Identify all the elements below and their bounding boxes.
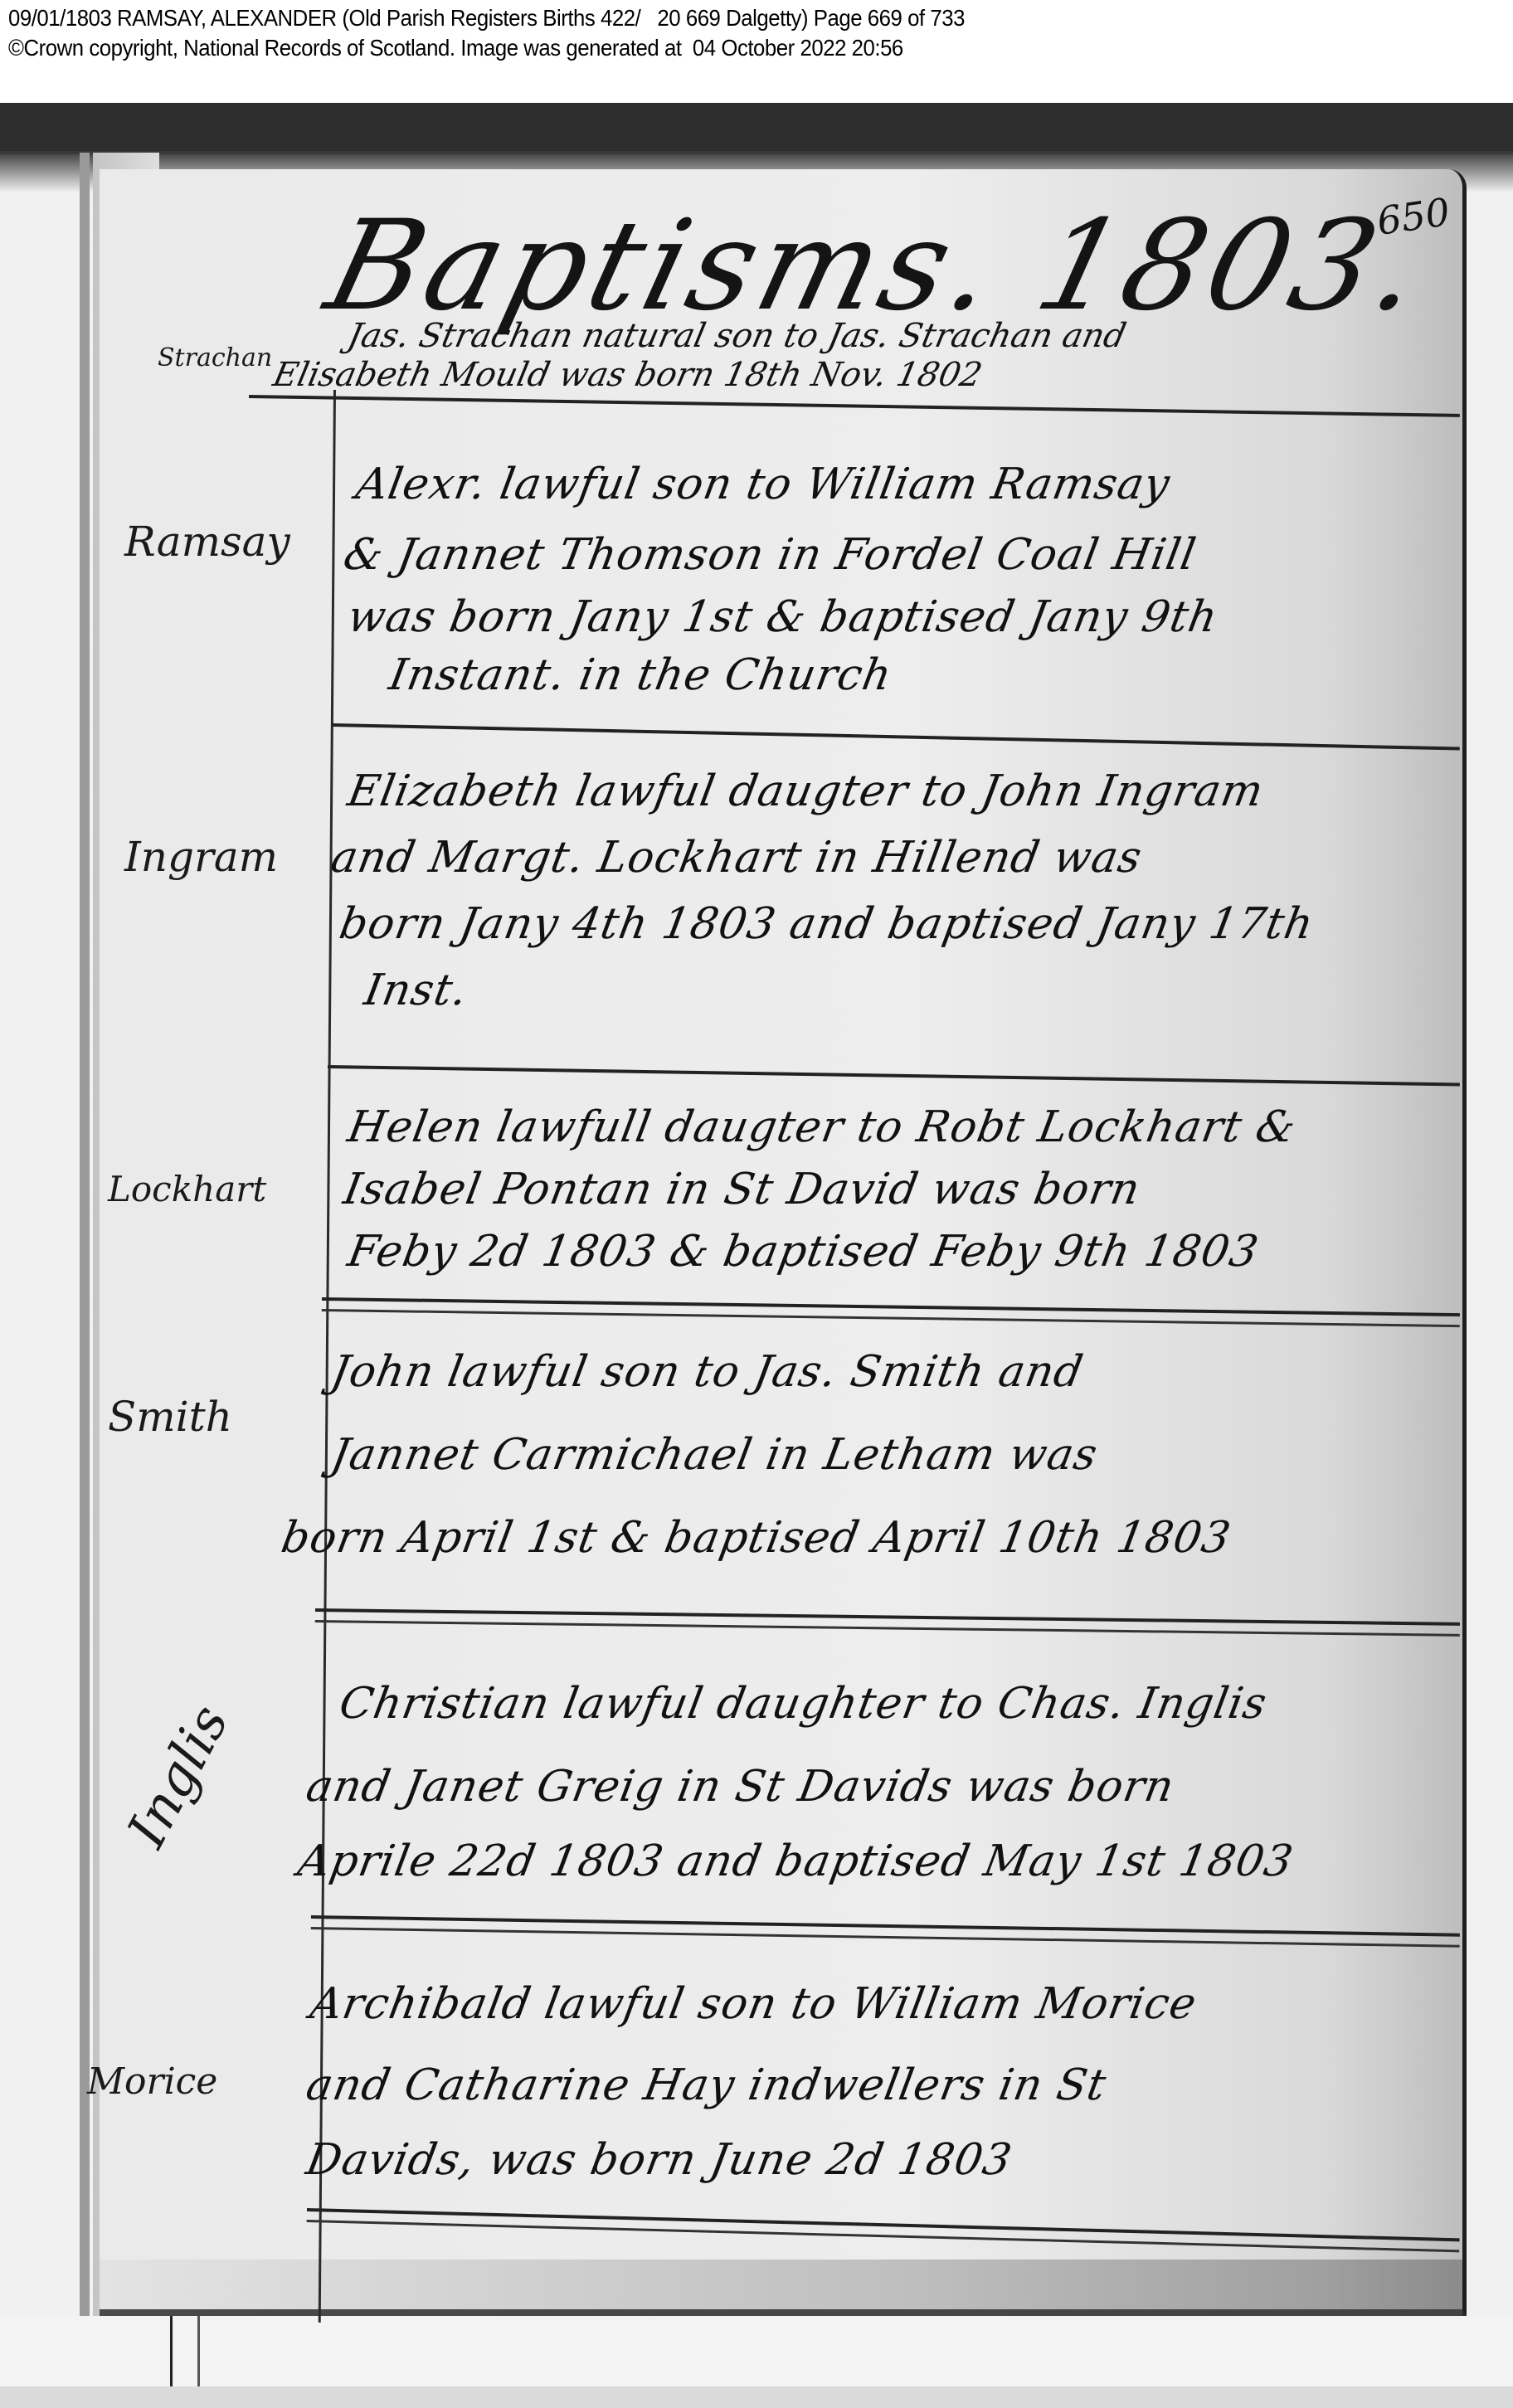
entry-line: Feby 2d 1803 & baptised Feby 9th 1803 (344, 1227, 1262, 1277)
entry-line: & Jannet Thomson in Fordel Coal Hill (340, 530, 1200, 580)
entry-line: Christian lawful daughter to Chas. Ingli… (336, 1679, 1271, 1729)
entry-line: Archibald lawful son to William Morice (307, 1979, 1201, 2029)
viewer-bottom-band (0, 2386, 1513, 2408)
entry-line: Isabel Pontan in St David was born (340, 1165, 1145, 1214)
entry-line: Elizabeth lawful daugter to John Ingram (344, 766, 1267, 816)
entry-line: Davids, was born June 2d 1803 (303, 2135, 1016, 2185)
margin-surname: Strachan (158, 343, 272, 372)
margin-surname: Lockhart (108, 1169, 266, 1209)
entry-line: and Janet Greig in St Davids was born (303, 1762, 1179, 1812)
scan-dark-edge (0, 103, 1513, 154)
entry-line: born April 1st & baptised April 10th 180… (278, 1513, 1235, 1563)
entry-line: Elisabeth Mould was born 18th Nov. 1802 (270, 356, 985, 394)
margin-surname: Ingram (124, 833, 278, 881)
entry-line: Alexr. lawful son to William Ramsay (353, 460, 1174, 509)
entry-line: Jas. Strachan natural son to Jas. Strach… (344, 317, 1129, 355)
binding-edge (80, 153, 90, 2351)
entry-line: Instant. in the Church (386, 650, 896, 700)
underlying-page (0, 2316, 1513, 2386)
margin-surname: Ramsay (124, 518, 290, 566)
image-caption: 09/01/1803 RAMSAY, ALEXANDER (Old Parish… (8, 3, 965, 63)
copyright-notice: ©Crown copyright, National Records of Sc… (8, 33, 965, 63)
record-reference: 09/01/1803 RAMSAY, ALEXANDER (Old Parish… (8, 3, 965, 33)
entry-line: born Jany 4th 1803 and baptised Jany 17t… (336, 899, 1318, 949)
entry-line: John lawful son to Jas. Smith and (328, 1347, 1087, 1397)
entry-line: and Margt. Lockhart in Hillend was (328, 833, 1146, 883)
register-scan: Baptisms. 1803. 650 Strachan Jas. Strach… (0, 103, 1513, 2386)
entry-line: Helen lawfull daugter to Robt Lockhart & (344, 1102, 1300, 1152)
entry-line: was born Jany 1st & baptised Jany 9th (344, 592, 1222, 642)
entry-line: and Catharine Hay indwellers in St (303, 2060, 1111, 2110)
underlying-rule (197, 2316, 200, 2386)
underlying-rule (170, 2316, 173, 2386)
entry-line: Aprile 22d 1803 and baptised May 1st 180… (294, 1836, 1297, 1886)
page-shadow (100, 2260, 1462, 2318)
entry-line: Jannet Carmichael in Letham was (328, 1430, 1102, 1480)
margin-surname: Smith (108, 1393, 232, 1441)
entry-line: Inst. (361, 966, 472, 1015)
margin-surname: Morice (87, 2060, 217, 2103)
